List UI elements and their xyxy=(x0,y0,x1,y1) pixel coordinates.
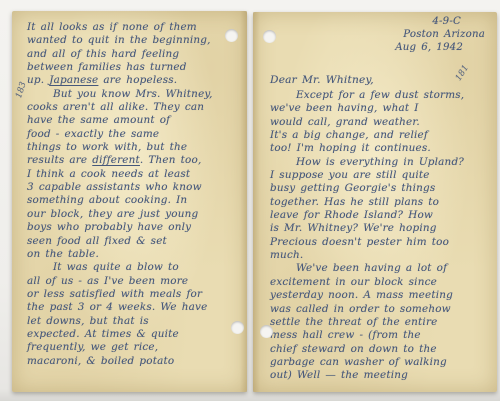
handwriting-line: would call, grand weather. xyxy=(270,116,492,129)
handwriting-line: busy getting Georgie's things xyxy=(270,182,492,195)
letter-date: Aug 6, 1942 xyxy=(337,41,463,54)
handwriting-line: chief steward on down to the xyxy=(270,343,492,356)
handwriting-line: Precious doesn't pester him too xyxy=(270,236,492,249)
letter-page-right: 4-9-C Poston Arizona Aug 6, 1942 181 Dea… xyxy=(253,12,497,392)
handwriting-line: seen food all fixed & set xyxy=(27,235,243,248)
handwriting-line: all of us - as I've been more xyxy=(27,275,243,288)
handwriting-line: wanted to quit in the beginning, xyxy=(27,34,243,47)
handwriting-line: together. Has he still plans to xyxy=(270,196,492,209)
handwriting-line: expected. At times & quite xyxy=(27,328,243,341)
punch-hole xyxy=(231,321,244,334)
handwriting-line: up. Japanese are hopeless. xyxy=(27,74,243,87)
handwriting-line: garbage can washer of walking xyxy=(270,356,492,369)
handwriting-line: things to work with, but the xyxy=(27,141,243,154)
punch-hole xyxy=(225,29,238,42)
margin-page-number: 181 xyxy=(454,63,471,83)
handwriting-line: food - exactly the same xyxy=(27,128,243,141)
handwriting-line: I suppose you are still quite xyxy=(270,169,492,182)
handwriting-line: mess hall crew - (from the xyxy=(270,329,492,342)
handwriting-line: was called in order to somehow xyxy=(270,303,492,316)
salutation: Dear Mr. Whitney, xyxy=(270,74,374,86)
handwriting-line: our block, they are just young xyxy=(27,208,243,221)
handwriting-line: macaroni, & boiled potato xyxy=(27,355,243,368)
punch-hole xyxy=(260,325,273,338)
handwriting-line: much. xyxy=(270,249,492,262)
handwriting-line: have the same amount of xyxy=(27,114,243,127)
handwriting-line: But you know Mrs. Whitney, xyxy=(27,88,243,101)
handwriting-line: something about cooking. In xyxy=(27,194,243,207)
handwriting-line: I think a cook needs at least xyxy=(27,168,243,181)
handwriting-line: It was quite a blow to xyxy=(27,261,243,274)
handwriting-line: It all looks as if none of them xyxy=(27,21,243,34)
handwriting-line: 3 capable assistants who know xyxy=(27,181,243,194)
right-page-handwriting: Except for a few dust storms, we've been… xyxy=(270,89,492,383)
handwriting-line: out) Well — the meeting xyxy=(270,369,492,382)
handwriting-line: is Mr. Whitney? We're hoping xyxy=(270,222,492,235)
letter-heading: 4-9-C Poston Arizona Aug 6, 1942 xyxy=(337,15,487,54)
handwriting-line: We've been having a lot of xyxy=(270,262,492,275)
return-address-place: Poston Arizona xyxy=(337,28,485,41)
punch-hole xyxy=(263,30,276,43)
handwriting-line: results are different. Then too, xyxy=(27,154,243,167)
handwriting-line: Except for a few dust storms, xyxy=(270,89,492,102)
handwriting-line: between families has turned xyxy=(27,61,243,74)
handwriting-line: How is everything in Upland? xyxy=(270,156,492,169)
handwriting-line: It's a big change, and relief xyxy=(270,129,492,142)
handwriting-line: or less satisfied with meals for xyxy=(27,288,243,301)
letter-page-left: 183 It all looks as if none of them want… xyxy=(12,11,247,392)
return-address-unit: 4-9-C xyxy=(337,15,461,28)
left-page-handwriting: It all looks as if none of them wanted t… xyxy=(27,21,243,368)
handwriting-line: excitement in our block since xyxy=(270,276,492,289)
handwriting-line: we've been having, what I xyxy=(270,102,492,115)
fold-crease xyxy=(253,12,260,392)
handwriting-line: yesterday noon. A mass meeting xyxy=(270,289,492,302)
handwriting-line: the past 3 or 4 weeks. We have xyxy=(27,301,243,314)
handwriting-line: too! I'm hoping it continues. xyxy=(270,142,492,155)
handwriting-line: and all of this hard feeling xyxy=(27,48,243,61)
handwriting-line: leave for Rhode Island? How xyxy=(270,209,492,222)
handwriting-line: frequently, we get rice, xyxy=(27,341,243,354)
handwriting-line: on the table. xyxy=(27,248,243,261)
handwriting-line: cooks aren't all alike. They can xyxy=(27,101,243,114)
handwriting-line: boys who probably have only xyxy=(27,221,243,234)
handwriting-line: let downs, but that is xyxy=(27,315,243,328)
handwriting-line: settle the threat of the entire xyxy=(270,316,492,329)
